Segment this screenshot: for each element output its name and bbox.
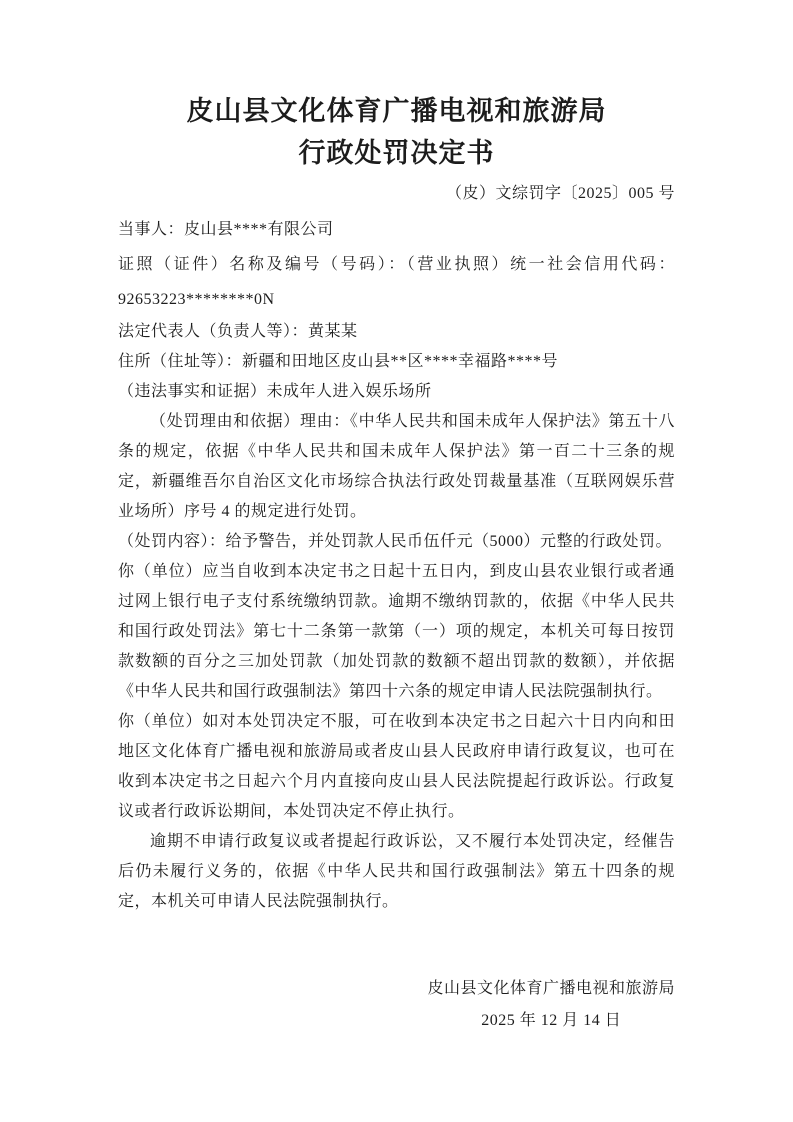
paragraph-payment-instructions: 你（单位）应当自收到本决定书之日起十五日内，到皮山县农业银行或者通过网上银行电子… (118, 557, 675, 707)
document-title-line1: 皮山县文化体育广播电视和旅游局 (118, 90, 675, 132)
paragraph-penalty-content: （处罚内容）：给予警告，并处罚款人民币伍仟元（5000）元整的行政处罚。 (118, 527, 675, 557)
paragraph-address: 住所（住址等）：新疆和田地区皮山县**区****幸福路****号 (118, 347, 675, 377)
paragraph-violation-facts: （违法事实和证据）未成年人进入娱乐场所 (118, 377, 675, 407)
paragraph-enforcement: 逾期不申请行政复议或者提起行政诉讼，又不履行本处罚决定，经催告后仍未履行义务的，… (118, 827, 675, 917)
paragraph-appeal-rights: 你（单位）如对本处罚决定不服，可在收到本决定书之日起六十日内向和田地区文化体育广… (118, 707, 675, 827)
paragraph-penalty-basis: （处罚理由和依据）理由：《中华人民共和国未成年人保护法》第五十八条的规定，依据《… (118, 407, 675, 527)
signature-block: 皮山县文化体育广播电视和旅游局 2025 年 12 月 14 日 (427, 973, 675, 1037)
paragraph-license-code: 证照（证件）名称及编号（号码）：（营业执照）统一社会信用代码：92653223*… (118, 247, 675, 317)
document-page: 皮山县文化体育广播电视和旅游局 行政处罚决定书 （皮）文综罚字〔2025〕005… (0, 0, 793, 1122)
document-number: （皮）文综罚字〔2025〕005 号 (118, 180, 675, 208)
issuing-authority: 皮山县文化体育广播电视和旅游局 (427, 973, 675, 1005)
paragraph-party: 当事人：皮山县****有限公司 (118, 212, 675, 247)
document-title-line2: 行政处罚决定书 (118, 132, 675, 174)
issue-date: 2025 年 12 月 14 日 (427, 1005, 675, 1037)
document-body: 当事人：皮山县****有限公司 证照（证件）名称及编号（号码）：（营业执照）统一… (118, 212, 675, 917)
paragraph-legal-representative: 法定代表人（负责人等）：黄某某 (118, 317, 675, 347)
